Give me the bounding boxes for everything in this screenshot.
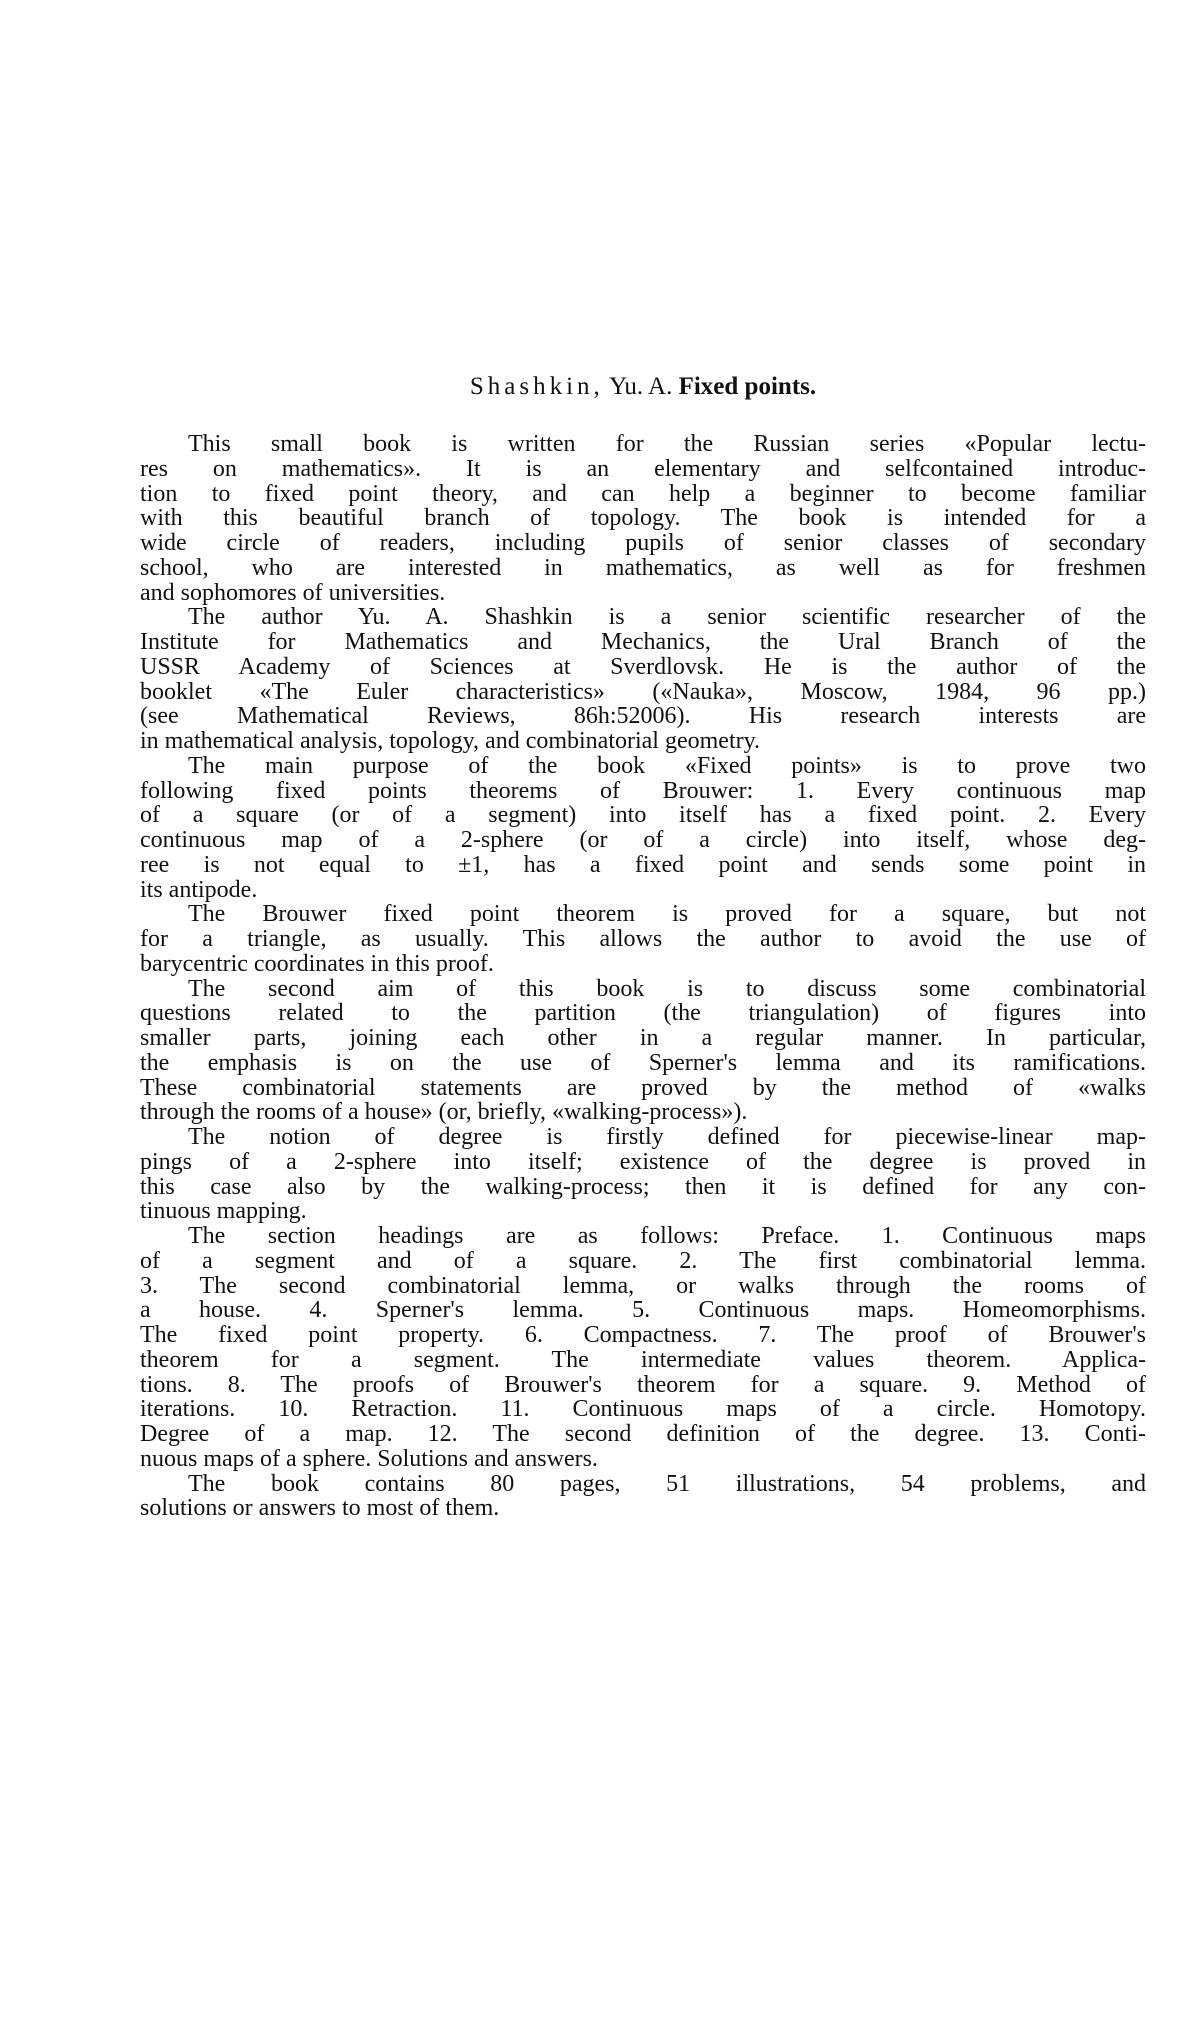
text-line: for a triangle, as usually. This allows …: [140, 927, 1146, 952]
text-line: smaller parts, joining each other in a r…: [140, 1026, 1146, 1051]
text-line: continuous map of a 2-sphere (or of a ci…: [140, 828, 1146, 853]
document-title: Shashkin, Yu. A. Fixed points.: [140, 370, 1146, 404]
paragraph: The Brouwer fixed point theorem is prove…: [140, 902, 1146, 976]
text-line: barycentric coordinates in this proof.: [140, 952, 1146, 977]
text-line: The main purpose of the book «Fixed poin…: [140, 754, 1146, 779]
text-line: questions related to the partition (the …: [140, 1001, 1146, 1026]
text-line: iterations. 10. Retraction. 11. Continuo…: [140, 1397, 1146, 1422]
text-line: The Brouwer fixed point theorem is prove…: [140, 902, 1146, 927]
text-line: 3. The second combinatorial lemma, or wa…: [140, 1274, 1146, 1299]
paragraph: The notion of degree is firstly defined …: [140, 1125, 1146, 1224]
paragraph: The main purpose of the book «Fixed poin…: [140, 754, 1146, 903]
text-line: (see Mathematical Reviews, 86h:52006). H…: [140, 704, 1146, 729]
text-line: These combinatorial statements are prove…: [140, 1076, 1146, 1101]
text-line: booklet «The Euler characteristics» («Na…: [140, 680, 1146, 705]
text-line: the emphasis is on the use of Sperner's …: [140, 1051, 1146, 1076]
text-line: of a segment and of a square. 2. The fir…: [140, 1249, 1146, 1274]
title-book: Fixed points.: [672, 373, 816, 400]
text-line: res on mathematics». It is an elementary…: [140, 457, 1146, 482]
text-line: a house. 4. Sperner's lemma. 5. Continuo…: [140, 1298, 1146, 1323]
text-line: solutions or answers to most of them.: [140, 1496, 1146, 1521]
text-line: The author Yu. A. Shashkin is a senior s…: [140, 605, 1146, 630]
title-author: Shashkin,: [470, 373, 604, 400]
text-line: with this beautiful branch of topology. …: [140, 506, 1146, 531]
text-line: Institute for Mathematics and Mechanics,…: [140, 630, 1146, 655]
text-line: The notion of degree is firstly defined …: [140, 1125, 1146, 1150]
text-line: The section headings are as follows: Pre…: [140, 1224, 1146, 1249]
text-line: this case also by the walking-process; t…: [140, 1175, 1146, 1200]
paragraph: The book contains 80 pages, 51 illustrat…: [140, 1472, 1146, 1522]
text-line: tion to fixed point theory, and can help…: [140, 482, 1146, 507]
text-line: wide circle of readers, including pupils…: [140, 531, 1146, 556]
text-line: its antipode.: [140, 878, 1146, 903]
paragraph: The second aim of this book is to discus…: [140, 977, 1146, 1126]
text-line: school, who are interested in mathematic…: [140, 556, 1146, 581]
text-line: The second aim of this book is to discus…: [140, 977, 1146, 1002]
text-line: in mathematical analysis, topology, and …: [140, 729, 1146, 754]
text-line: of a square (or of a segment) into itsel…: [140, 803, 1146, 828]
text-line: following fixed points theorems of Brouw…: [140, 779, 1146, 804]
title-initials: Yu. A.: [604, 373, 673, 400]
paragraph: This small book is written for the Russi…: [140, 432, 1146, 605]
document-body: This small book is written for the Russi…: [140, 432, 1146, 1521]
text-line: Degree of a map. 12. The second definiti…: [140, 1422, 1146, 1447]
text-line: tions. 8. The proofs of Brouwer's theore…: [140, 1373, 1146, 1398]
text-line: The fixed point property. 6. Compactness…: [140, 1323, 1146, 1348]
text-line: tinuous mapping.: [140, 1199, 1146, 1224]
text-line: The book contains 80 pages, 51 illustrat…: [140, 1472, 1146, 1497]
text-line: This small book is written for the Russi…: [140, 432, 1146, 457]
text-line: ree is not equal to ±1, has a fixed poin…: [140, 853, 1146, 878]
paragraph: The author Yu. A. Shashkin is a senior s…: [140, 605, 1146, 754]
text-line: and sophomores of universities.: [140, 581, 1146, 606]
text-line: theorem for a segment. The intermediate …: [140, 1348, 1146, 1373]
text-line: pings of a 2-sphere into itself; existen…: [140, 1150, 1146, 1175]
text-line: USSR Academy of Sciences at Sverdlovsk. …: [140, 655, 1146, 680]
text-line: nuous maps of a sphere. Solutions and an…: [140, 1447, 1146, 1472]
paragraph: The section headings are as follows: Pre…: [140, 1224, 1146, 1472]
text-line: through the rooms of a house» (or, brief…: [140, 1100, 1146, 1125]
